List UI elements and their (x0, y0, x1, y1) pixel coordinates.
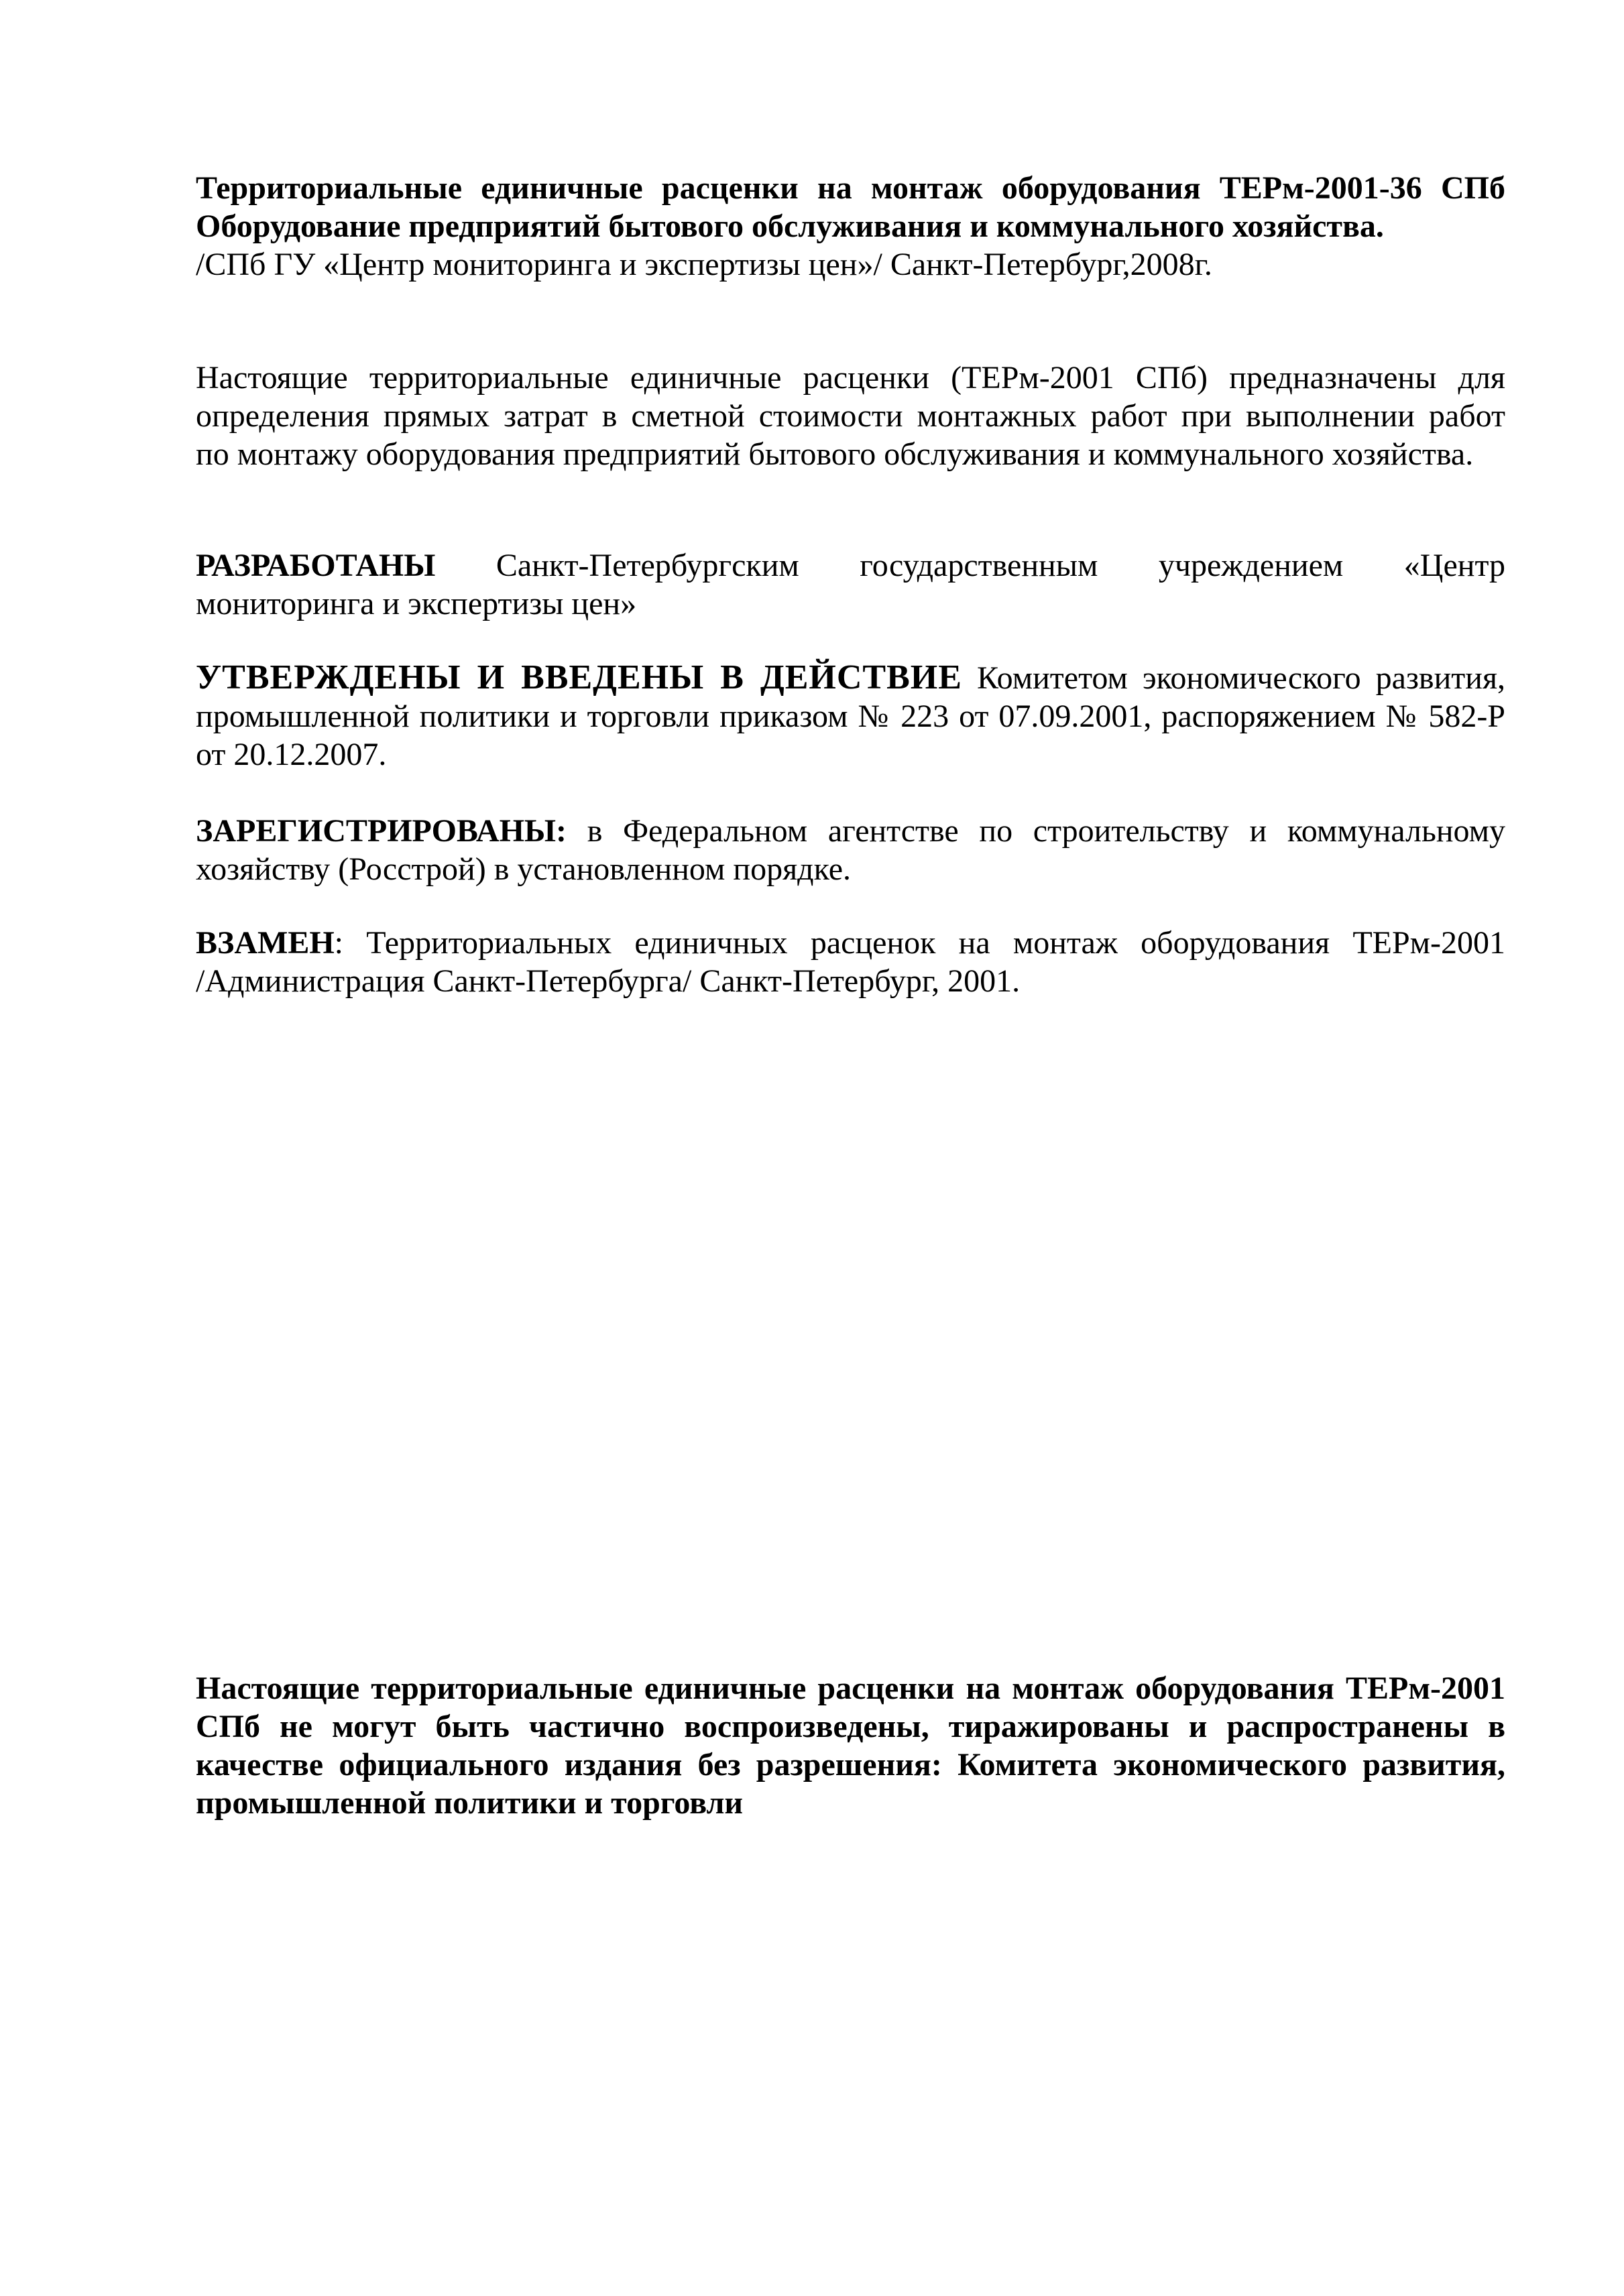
developed-line-2: мониторинга и экспертизы цен» (196, 585, 1505, 623)
registered-label: ЗАРЕГИСТРИРОВАНЫ: (196, 813, 567, 849)
purpose-line-2: определения прямых затрат в сметной стои… (196, 397, 1505, 435)
approved-line-3: от 20.12.2007. (196, 735, 1505, 774)
copyright-line-3: качестве официального издания без разреш… (196, 1746, 1505, 1784)
copyright-notice: Настоящие территориальные единичные расц… (196, 1669, 1505, 1822)
registered-line-1: ЗАРЕГИСТРИРОВАНЫ: в Федеральном агентств… (196, 812, 1505, 850)
replaces-colon: : (335, 925, 343, 961)
approved-section: УТВЕРЖДЕНЫ И ВВЕДЕНЫ В ДЕЙСТВИЕ Комитето… (196, 658, 1505, 774)
registered-text-1: в Федеральном агентстве по строительству… (587, 813, 1505, 849)
approved-text-1: Комитетом экономического развития, (977, 660, 1505, 696)
developed-label: РАЗРАБОТАНЫ (196, 548, 435, 583)
copyright-line-1: Настоящие территориальные единичные расц… (196, 1669, 1505, 1707)
document-title-line-1: Территориальные единичные расценки на мо… (196, 169, 1505, 207)
registered-line-2: хозяйству (Росстрой) в установленном пор… (196, 850, 1505, 888)
copyright-line-2: СПб не могут быть частично воспроизведен… (196, 1707, 1505, 1746)
approved-line-2: промышленной политики и торговли приказо… (196, 697, 1505, 735)
document-title-block: Территориальные единичные расценки на мо… (196, 169, 1505, 284)
document-publisher-line: /СПб ГУ «Центр мониторинга и экспертизы … (196, 245, 1505, 284)
developed-line-1: РАЗРАБОТАНЫ Санкт-Петербургским государс… (196, 546, 1505, 585)
document-title-line-2: Оборудование предприятий бытового обслуж… (196, 207, 1505, 245)
developed-text-1: Санкт-Петербургским государственным учре… (496, 548, 1505, 583)
copyright-line-4: промышленной политики и торговли (196, 1784, 1505, 1822)
purpose-line-3: по монтажу оборудования предприятий быто… (196, 435, 1505, 473)
registered-section: ЗАРЕГИСТРИРОВАНЫ: в Федеральном агентств… (196, 812, 1505, 888)
replaces-line-1: ВЗАМЕН: Территориальных единичных расцен… (196, 924, 1505, 962)
developed-section: РАЗРАБОТАНЫ Санкт-Петербургским государс… (196, 546, 1505, 623)
replaces-section: ВЗАМЕН: Территориальных единичных расцен… (196, 924, 1505, 1000)
approved-line-1: УТВЕРЖДЕНЫ И ВВЕДЕНЫ В ДЕЙСТВИЕ Комитето… (196, 658, 1505, 697)
replaces-text-1: Территориальных единичных расценок на мо… (366, 925, 1505, 961)
approved-label: УТВЕРЖДЕНЫ И ВВЕДЕНЫ В ДЕЙСТВИЕ (196, 658, 962, 697)
replaces-label: ВЗАМЕН (196, 925, 335, 961)
purpose-line-1: Настоящие территориальные единичные расц… (196, 359, 1505, 397)
replaces-line-2: /Администрация Санкт-Петербурга/ Санкт-П… (196, 962, 1505, 1000)
purpose-paragraph: Настоящие территориальные единичные расц… (196, 359, 1505, 473)
